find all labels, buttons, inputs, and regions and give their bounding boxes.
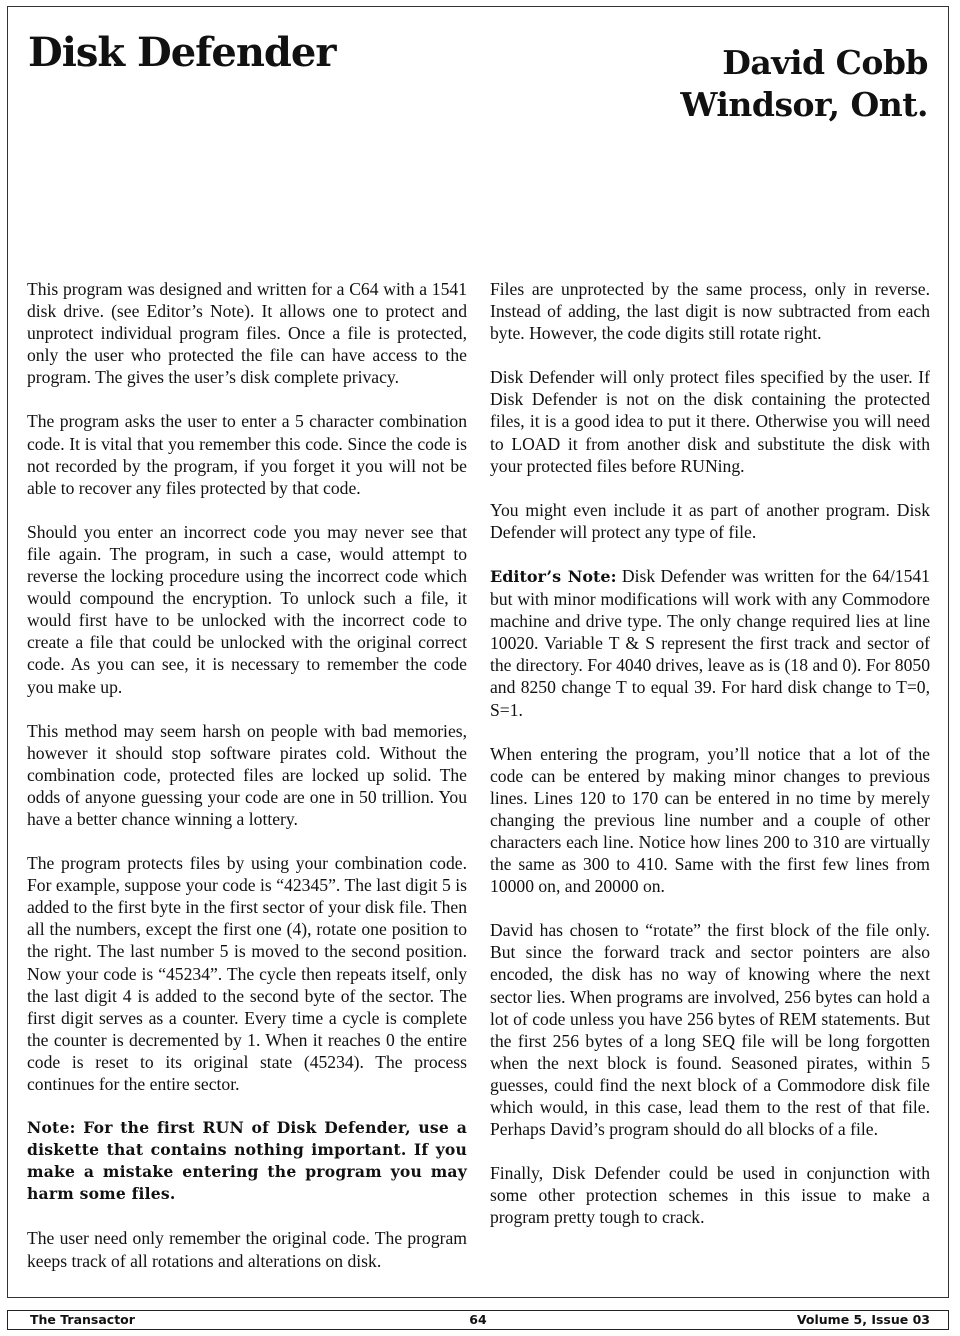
editors-note-text: Disk Defender was written for the 64/154… [490, 566, 930, 720]
paragraph: Finally, Disk Defender could be used in … [490, 1162, 930, 1228]
paragraph: The program protects files by using your… [27, 852, 467, 1095]
paragraph: The program asks the user to enter a 5 c… [27, 410, 467, 498]
paragraph: This method may seem harsh on people wit… [27, 720, 467, 830]
paragraph: David has chosen to “rotate” the first b… [490, 919, 930, 1140]
paragraph: Files are unprotected by the same proces… [490, 278, 930, 344]
editors-note-label: Editor’s Note: [490, 567, 616, 586]
page-footer: The Transactor 64 Volume 5, Issue 03 [7, 1310, 949, 1330]
left-column: This program was designed and written fo… [27, 278, 467, 1294]
byline: David Cobb Windsor, Ont. [680, 42, 928, 126]
paragraph: When entering the program, you’ll notice… [490, 743, 930, 898]
article-title: Disk Defender [28, 30, 335, 76]
paragraph: Disk Defender will only protect files sp… [490, 366, 930, 476]
paragraph: The user need only remember the original… [27, 1227, 467, 1271]
author-location: Windsor, Ont. [680, 84, 928, 126]
editors-note: Editor’s Note: Disk Defender was written… [490, 565, 930, 721]
paragraph: This program was designed and written fo… [27, 278, 467, 388]
issue-label: Volume 5, Issue 03 [797, 1311, 930, 1328]
paragraph: You might even include it as part of ano… [490, 499, 930, 543]
paragraph: Should you enter an incorrect code you m… [27, 521, 467, 698]
warning-note: Note: For the first RUN of Disk Defender… [27, 1117, 467, 1205]
author-name: David Cobb [680, 42, 928, 84]
right-column: Files are unprotected by the same proces… [490, 278, 930, 1250]
